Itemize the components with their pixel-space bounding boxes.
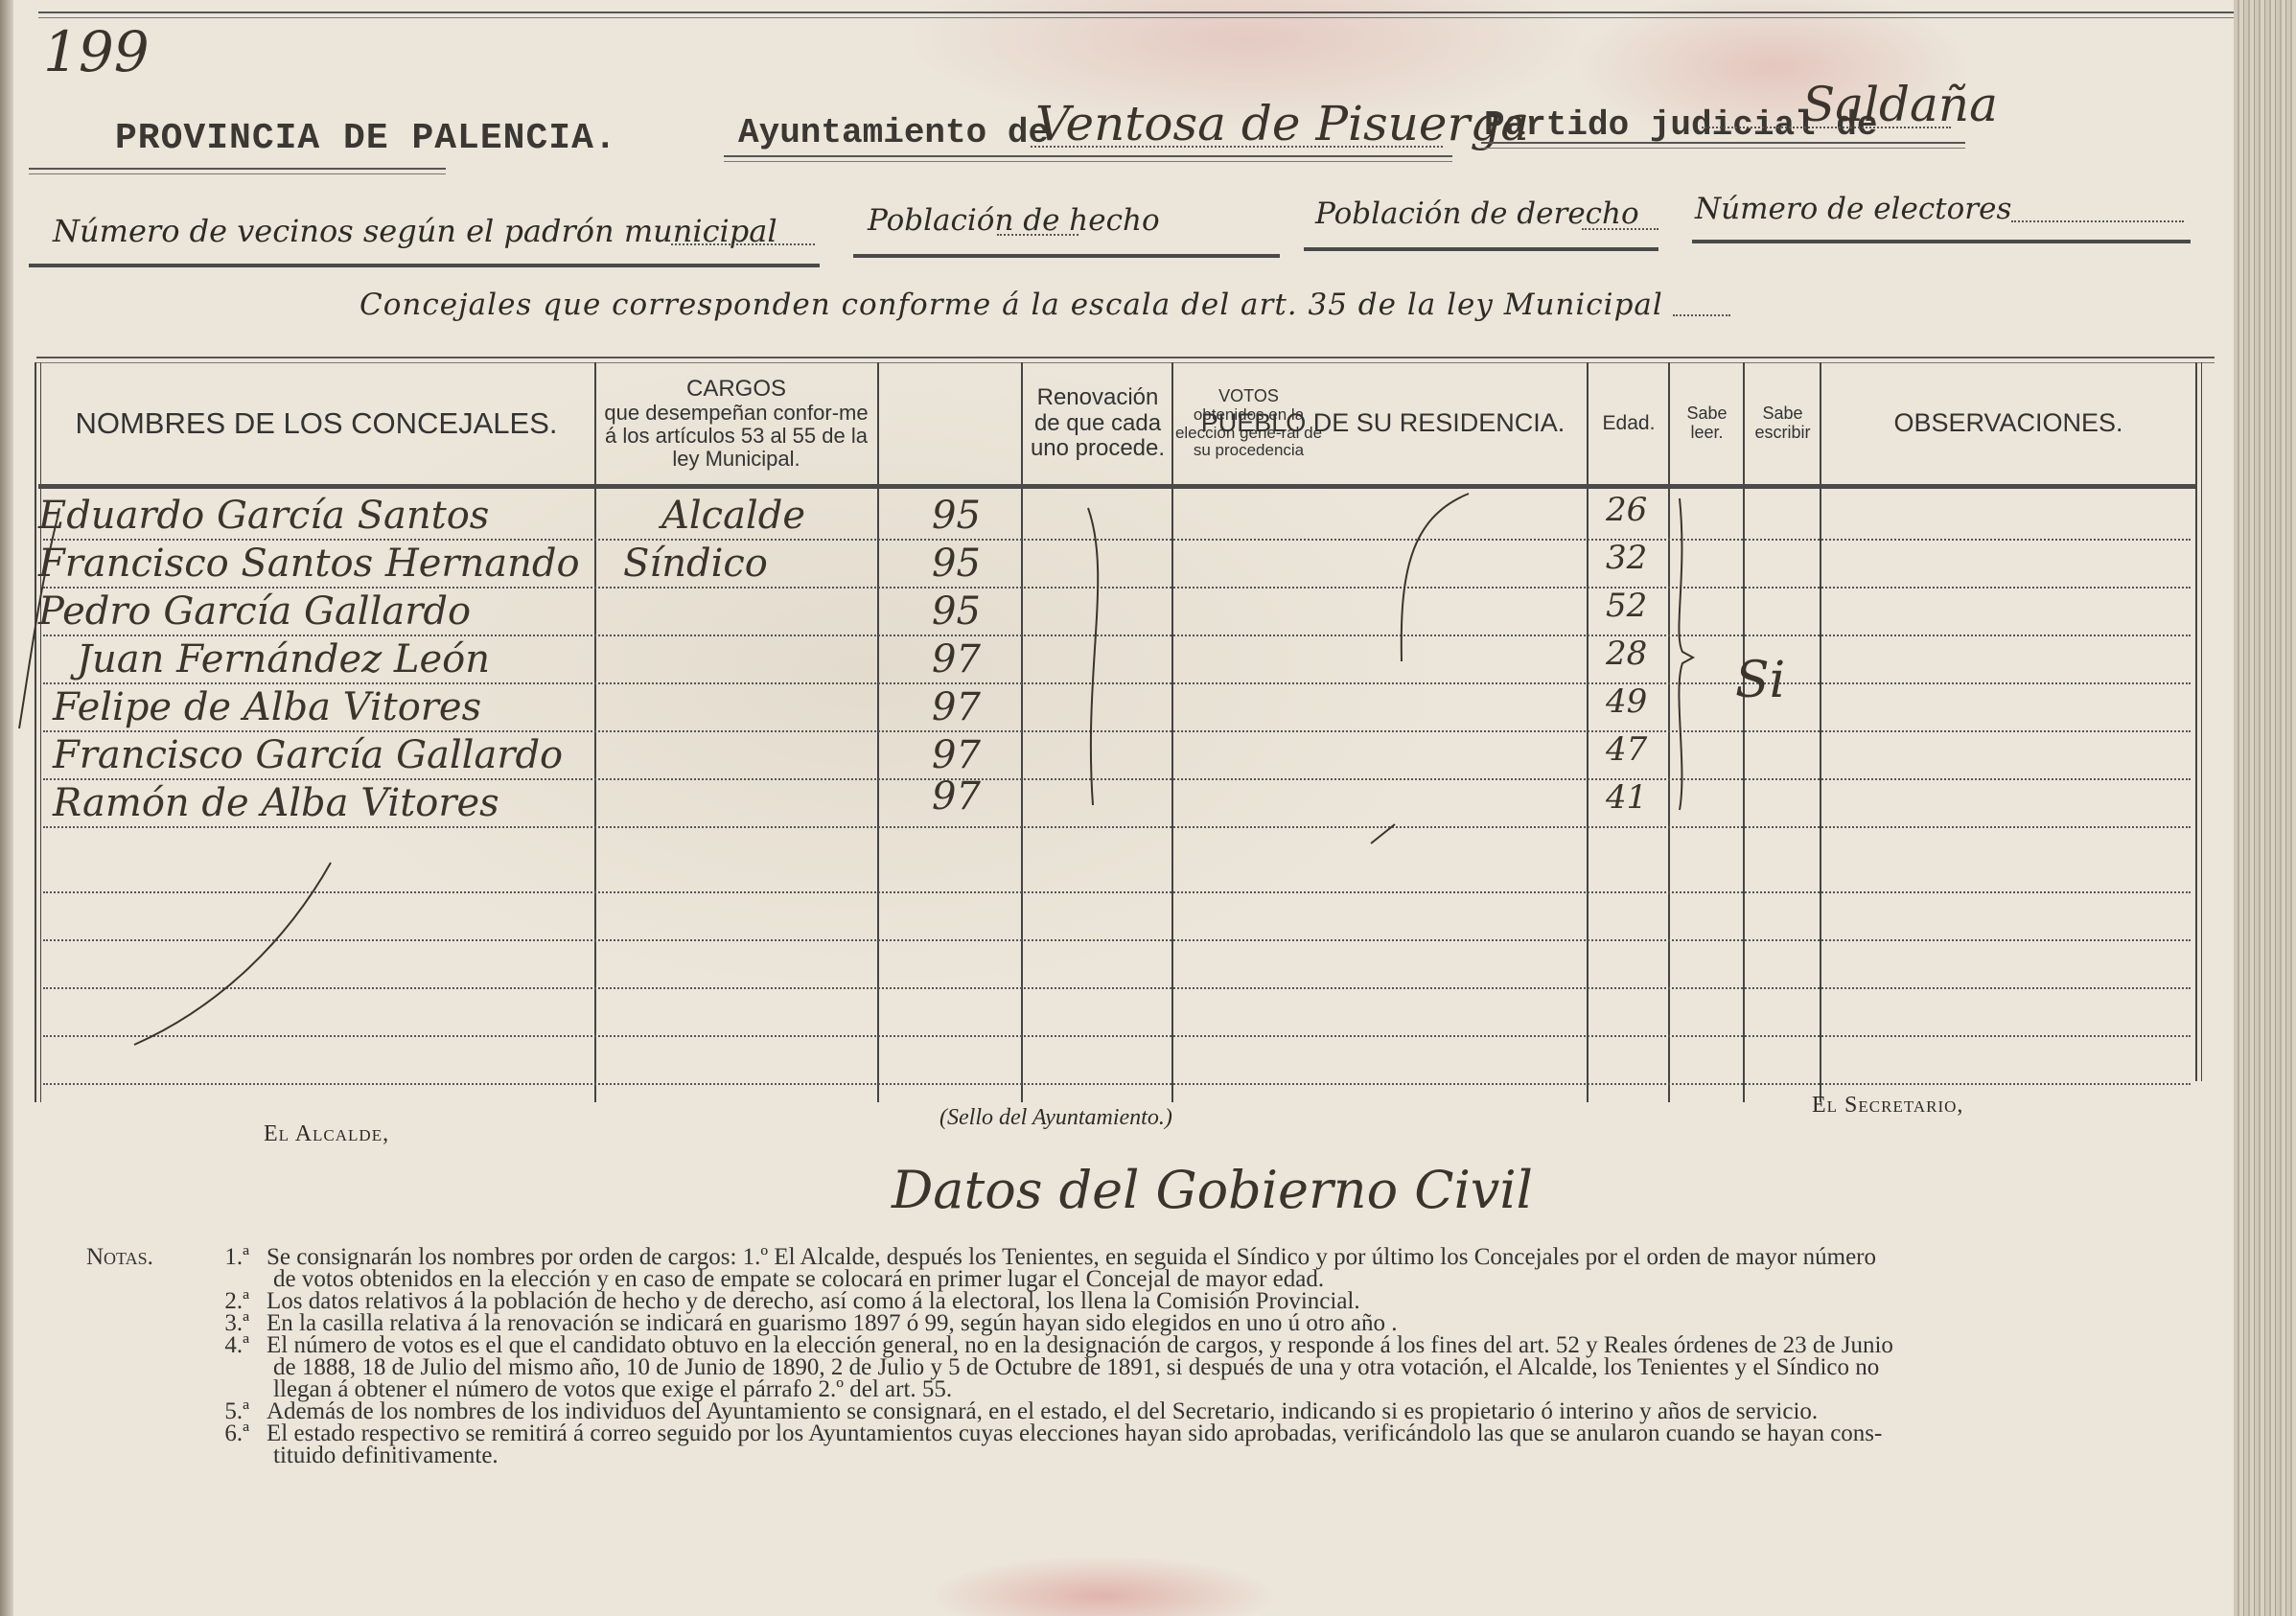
notes-section: Notas. 1.ª Se consignarán los nombres po… <box>86 1246 2243 1466</box>
note-text: llegan á obtener el número de votos que … <box>86 1378 2243 1400</box>
note-text: de 1888, 18 de Julio del mismo año, 10 d… <box>86 1356 2243 1378</box>
note-text: El estado respectivo se remitirá á corre… <box>267 1422 1882 1444</box>
document-page: 199 PROVINCIA DE PALENCIA. Ayuntamiento … <box>0 0 2234 1616</box>
note-text: tituido definitivamente. <box>86 1444 2243 1466</box>
book-page-edges <box>2234 0 2296 1616</box>
note-text: En la casilla relativa á la renovación s… <box>267 1312 1398 1334</box>
alcalde-signature-label: El Alcalde, <box>264 1121 389 1147</box>
note-text: Además de los nombres de los individuos … <box>267 1400 1818 1422</box>
note-number: 2.ª <box>182 1290 267 1312</box>
handwritten-note: Datos del Gobierno Civil <box>892 1160 1533 1220</box>
note-item: 5.ª Además de los nombres de los individ… <box>86 1400 2243 1422</box>
note-number: 1.ª <box>182 1246 267 1268</box>
note-number: 5.ª <box>182 1400 267 1422</box>
note-item: 2.ª Los datos relativos á la población d… <box>86 1290 2243 1312</box>
note-item: 3.ª En la casilla relativa á la renovaci… <box>86 1312 2243 1334</box>
note-number: 3.ª <box>182 1312 267 1334</box>
note-number: 6.ª <box>182 1422 267 1444</box>
secretario-signature-label: El Secretario, <box>1812 1093 1963 1119</box>
note-number: 4.ª <box>182 1334 267 1356</box>
note-item: 4.ª El número de votos es el que el cand… <box>86 1334 2243 1356</box>
note-text: Se consignarán los nombres por orden de … <box>267 1246 1876 1268</box>
note-item: Notas. 1.ª Se consignarán los nombres po… <box>86 1246 2243 1268</box>
note-text: Los datos relativos á la población de he… <box>267 1290 1360 1312</box>
sello-label: (Sello del Ayuntamiento.) <box>939 1105 1172 1131</box>
sabe-escribir-value: Si <box>1735 652 1785 709</box>
note-item: 6.ª El estado respectivo se remitirá á c… <box>86 1422 2243 1444</box>
note-text: El número de votos es el que el candidat… <box>267 1334 1893 1356</box>
handwritten-strokes <box>0 0 2234 1246</box>
notes-label: Notas. <box>86 1246 182 1268</box>
note-text: de votos obtenidos en la elección y en c… <box>86 1268 2243 1290</box>
